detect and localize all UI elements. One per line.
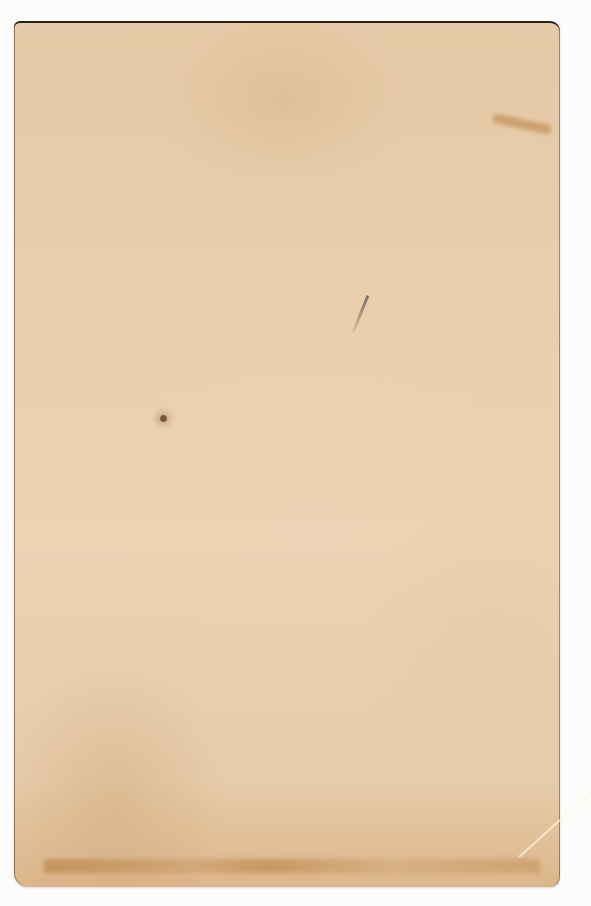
pencil-mark xyxy=(352,295,370,333)
water-stain-top-right xyxy=(492,113,553,135)
scene-background xyxy=(0,0,591,906)
aged-paper-card xyxy=(14,21,560,887)
corner-crease xyxy=(518,756,591,858)
ink-spot xyxy=(160,415,167,422)
bottom-edge-stain xyxy=(44,859,540,873)
